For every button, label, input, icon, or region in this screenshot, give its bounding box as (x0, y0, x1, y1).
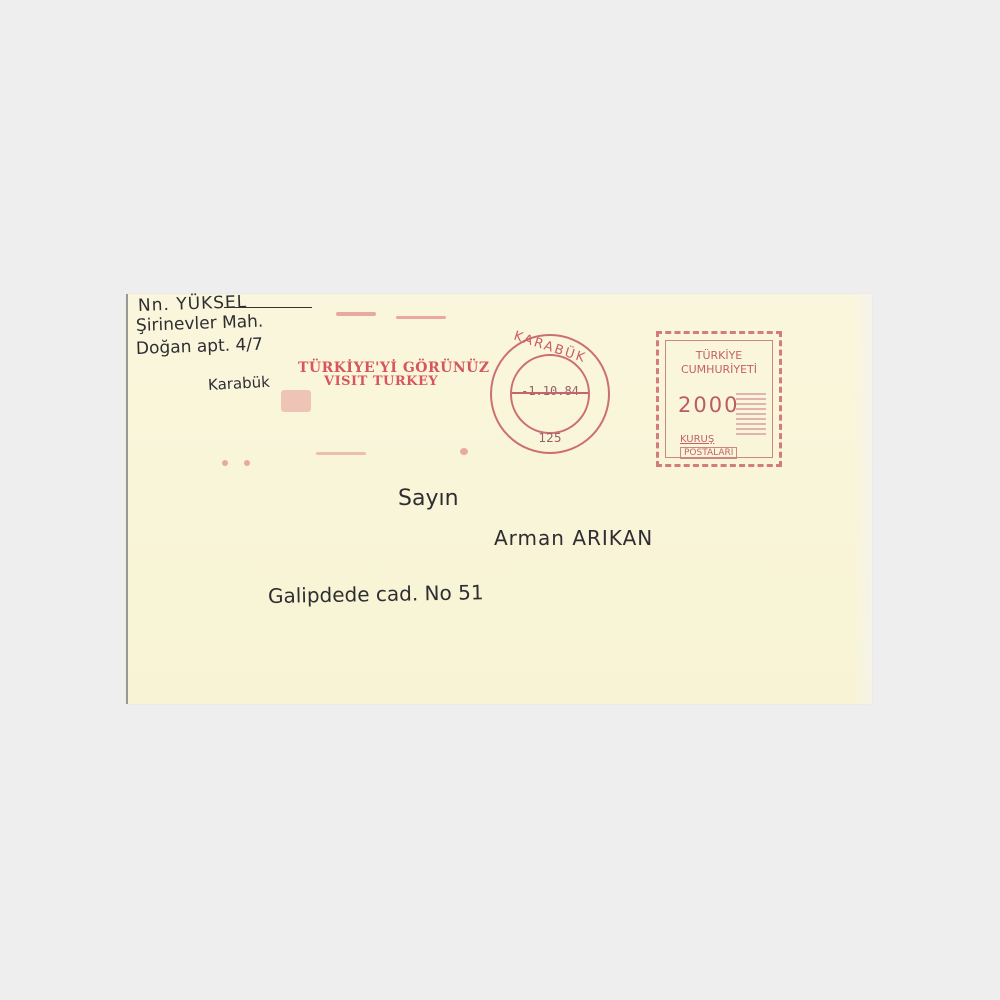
recipient-greeting: Sayın (398, 486, 459, 511)
meter-value: 2000 (678, 393, 739, 417)
ink-smear (316, 452, 366, 455)
meter-stamp: TÜRKİYE CUMHURİYETİ 2000 KURUŞ POSTALARI (656, 331, 782, 467)
sender-city: Karabük (208, 373, 271, 394)
meter-unit: KURUŞ (680, 434, 714, 445)
meter-service: POSTALARI (680, 447, 737, 459)
sender-street: Şirinevler Mah. (136, 312, 264, 336)
meter-frame: TÜRKİYE CUMHURİYETİ 2000 KURUŞ POSTALARI (665, 340, 773, 458)
ink-dot (244, 460, 250, 466)
sender-underline (224, 307, 312, 308)
meter-country: TÜRKİYE (666, 349, 772, 362)
envelope-edge (852, 294, 872, 704)
envelope: Nn. YÜKSEL Şirinevler Mah. Doğan apt. 4/… (126, 294, 872, 704)
postmark-date: -1.10.84 (492, 384, 608, 398)
ink-dot (460, 448, 468, 455)
ink-dot (222, 460, 228, 466)
ink-smear (336, 312, 376, 316)
postmark-divider (512, 392, 588, 394)
sender-building: Doğan apt. 4/7 (136, 335, 264, 359)
slogan-line-2: VISIT TURKEY (324, 374, 438, 389)
ink-smear (281, 390, 311, 412)
meter-emblem-icon (736, 393, 766, 437)
meter-republic: CUMHURİYETİ (666, 363, 772, 376)
ink-smear (396, 316, 446, 319)
recipient-street: Galipdede cad. No 51 (268, 580, 484, 608)
postmark-number: 125 (492, 431, 608, 445)
postmark: KARABÜK -1.10.84 125 (490, 334, 610, 454)
recipient-name: Arman ARIKAN (494, 526, 653, 550)
